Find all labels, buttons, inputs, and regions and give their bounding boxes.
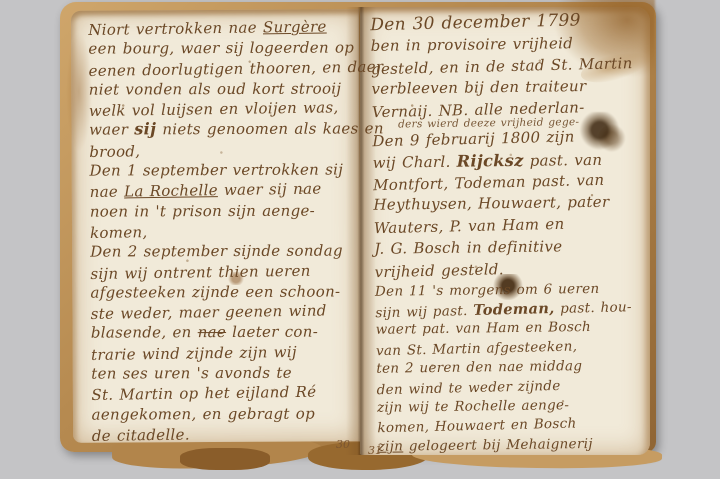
underlined-text: Surgère bbox=[263, 17, 327, 36]
manuscript-line: zijn gelogeert bij Mehaignerij bbox=[378, 434, 654, 457]
manuscript-line: Den 2 september sijnde sondag bbox=[90, 241, 358, 262]
manuscript-line: noen in 't prison sijn aenge- bbox=[90, 200, 358, 221]
text-segment: past. hou- bbox=[554, 299, 632, 317]
emphasized-text: sij bbox=[134, 120, 156, 139]
text-segment: gelogeert bij Mehaignerij bbox=[403, 436, 593, 454]
text-segment: blasende, en bbox=[91, 324, 198, 342]
text-segment: nae bbox=[90, 183, 125, 202]
manuscript-line: de citadelle. bbox=[92, 422, 360, 446]
text-segment: laeter con- bbox=[226, 323, 318, 341]
manuscript-line: nae La Rochelle waer sij nae bbox=[90, 178, 358, 202]
left-page-text: Niort vertrokken nae Surgèreeen bourg, w… bbox=[88, 17, 360, 446]
manuscript-line: waer sij niets genoomen als kaes en bbox=[89, 119, 357, 140]
manuscript-line: sijn wij ontrent thien ueren bbox=[90, 260, 358, 284]
text-segment: niets genoomen als kaes en bbox=[156, 120, 384, 139]
manuscript-line: brood, bbox=[89, 138, 357, 162]
text-segment: waer sij nae bbox=[218, 180, 322, 200]
struck-through-text: nae bbox=[198, 323, 226, 341]
underlined-text: La Rochelle bbox=[124, 181, 218, 200]
text-segment: waer bbox=[89, 121, 134, 139]
emphasized-text: Todeman, bbox=[473, 300, 555, 319]
right-page-text: Den 30 december 1799ben in provisoire vr… bbox=[370, 10, 654, 458]
manuscript-line: St. Martin op het eijland Ré bbox=[91, 381, 359, 405]
manuscript-line: blasende, en nae laeter con- bbox=[91, 322, 359, 343]
emphasized-text: Rijcksz bbox=[457, 151, 524, 171]
manuscript-line: eenen doorlugtigen thooren, en daer bbox=[88, 57, 356, 81]
torn-page-edge bbox=[180, 448, 270, 470]
page-number-left: 30 bbox=[336, 438, 350, 451]
manuscript-line: afgesteeken zijnde een schoon- bbox=[90, 281, 358, 302]
page-number-right: 31 bbox=[368, 444, 382, 457]
text-segment: past. van bbox=[524, 151, 603, 170]
manuscript-line: trarie wind zijnde zijn wij bbox=[91, 341, 359, 365]
text-segment: sijn wij past. bbox=[375, 303, 473, 321]
photo-background: Niort vertrokken nae Surgèreeen bourg, w… bbox=[0, 0, 720, 479]
manuscript-line: een bourg, waer sij logeerden op bbox=[88, 38, 356, 59]
text-segment: wij Charl. bbox=[373, 153, 457, 172]
manuscript-line: aengekomen, en gebragt op bbox=[92, 403, 360, 424]
open-manuscript-book: Niort vertrokken nae Surgèreeen bourg, w… bbox=[60, 2, 660, 474]
text-segment: Niort vertrokken nae bbox=[88, 18, 263, 39]
manuscript-line: niet vonden als oud kort strooij bbox=[89, 78, 357, 99]
